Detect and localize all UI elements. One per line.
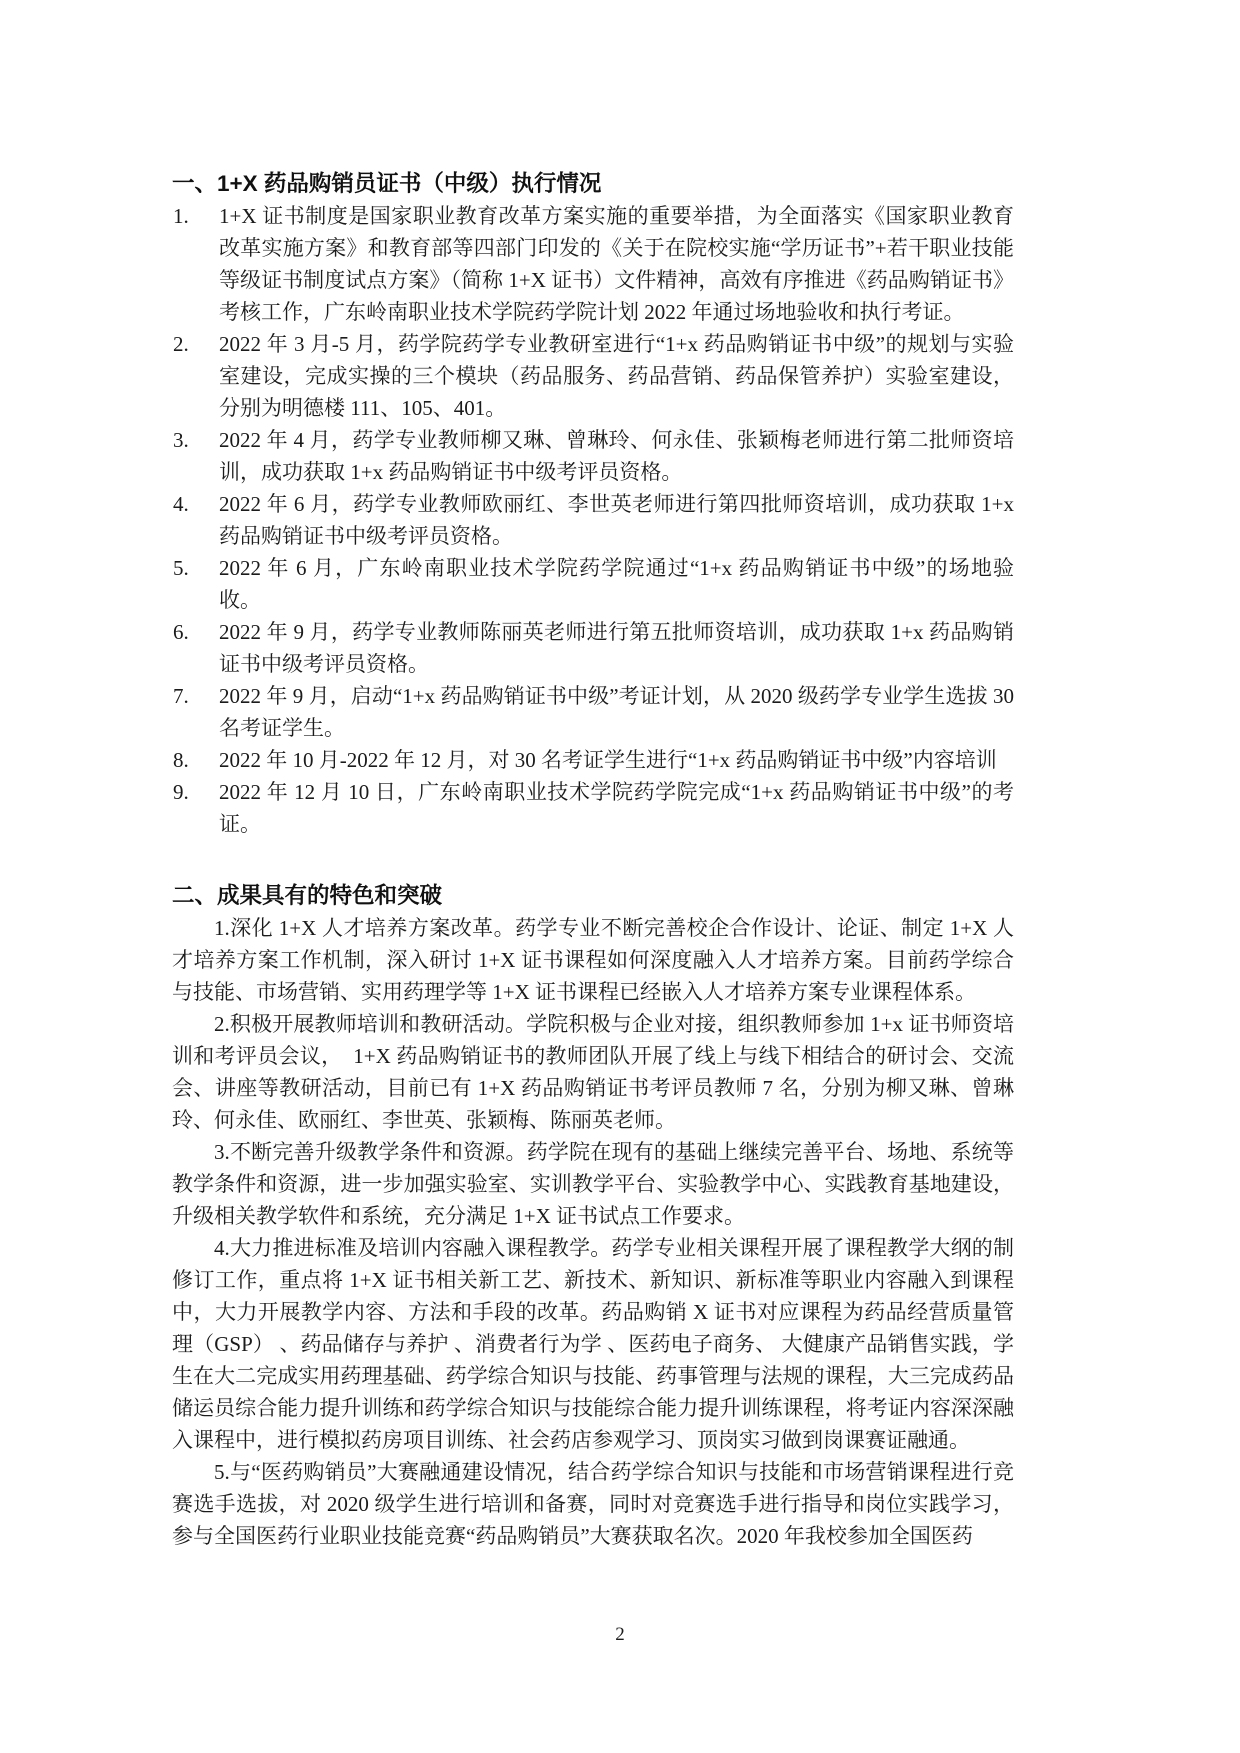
list-item: 9. 2022 年 12 月 10 日，广东岭南职业技术学院药学院完成“1+x … [172,776,1014,840]
section-2-paragraphs: 1.深化 1+X 人才培养方案改革。药学专业不断完善校企合作设计、论证、制定 1… [172,912,1014,1552]
list-item: 2. 2022 年 3 月-5 月，药学院药学专业教研室进行“1+x 药品购销证… [172,328,1014,424]
list-item-number: 3. [173,424,189,456]
list-item-number: 1. [173,200,189,232]
list-item-number: 6. [173,616,189,648]
list-item-text: 2022 年 4 月，药学专业教师柳又琳、曾琳玲、何永佳、张颖梅老师进行第二批师… [219,428,1014,484]
paragraph: 5.与“医药购销员”大赛融通建设情况，结合药学综合知识与技能和市场营销课程进行竞… [172,1456,1014,1552]
section-2: 二、成果具有的特色和突破 1.深化 1+X 人才培养方案改革。药学专业不断完善校… [172,880,1014,1552]
list-item-text: 2022 年 9 月，药学专业教师陈丽英老师进行第五批师资培训，成功获取 1+x… [219,620,1014,676]
list-item: 1. 1+X 证书制度是国家职业教育改革方案实施的重要举措，为全面落实《国家职业… [172,200,1014,328]
list-item-text: 2022 年 6 月，药学专业教师欧丽红、李世英老师进行第四批师资培训，成功获取… [219,492,1014,548]
list-item-text: 2022 年 10 月-2022 年 12 月，对 30 名考证学生进行“1+x… [219,748,997,772]
list-item-text: 2022 年 3 月-5 月，药学院药学专业教研室进行“1+x 药品购销证书中级… [219,332,1014,420]
page-number: 2 [0,1624,1240,1646]
list-item: 7. 2022 年 9 月，启动“1+x 药品购销证书中级”考证计划，从 202… [172,680,1014,744]
list-item: 6. 2022 年 9 月，药学专业教师陈丽英老师进行第五批师资培训，成功获取 … [172,616,1014,680]
list-item-number: 4. [173,488,189,520]
section-1: 一、1+X 药品购销员证书（中级）执行情况 1. 1+X 证书制度是国家职业教育… [172,168,1014,840]
numbered-list: 1. 1+X 证书制度是国家职业教育改革方案实施的重要举措，为全面落实《国家职业… [172,200,1014,840]
section-2-heading: 二、成果具有的特色和突破 [172,880,1014,912]
list-item-text: 1+X 证书制度是国家职业教育改革方案实施的重要举措，为全面落实《国家职业教育改… [219,204,1014,324]
list-item-number: 2. [173,328,189,360]
list-item-number: 8. [173,744,189,776]
list-item-number: 5. [173,552,189,584]
document-page: 一、1+X 药品购销员证书（中级）执行情况 1. 1+X 证书制度是国家职业教育… [0,0,1240,1753]
list-item: 3. 2022 年 4 月，药学专业教师柳又琳、曾琳玲、何永佳、张颖梅老师进行第… [172,424,1014,488]
list-item: 4. 2022 年 6 月，药学专业教师欧丽红、李世英老师进行第四批师资培训，成… [172,488,1014,552]
list-item-text: 2022 年 12 月 10 日，广东岭南职业技术学院药学院完成“1+x 药品购… [219,780,1014,836]
list-item-text: 2022 年 9 月，启动“1+x 药品购销证书中级”考证计划，从 2020 级… [219,684,1014,740]
list-item: 8. 2022 年 10 月-2022 年 12 月，对 30 名考证学生进行“… [172,744,1014,776]
paragraph: 3.不断完善升级教学条件和资源。药学院在现有的基础上继续完善平台、场地、系统等教… [172,1136,1014,1232]
section-1-heading: 一、1+X 药品购销员证书（中级）执行情况 [172,168,1014,200]
document-content: 一、1+X 药品购销员证书（中级）执行情况 1. 1+X 证书制度是国家职业教育… [172,168,1014,1552]
list-item: 5. 2022 年 6 月，广东岭南职业技术学院药学院通过“1+x 药品购销证书… [172,552,1014,616]
paragraph: 4.大力推进标准及培训内容融入课程教学。药学专业相关课程开展了课程教学大纲的制修… [172,1232,1014,1456]
list-item-number: 7. [173,680,189,712]
list-item-text: 2022 年 6 月，广东岭南职业技术学院药学院通过“1+x 药品购销证书中级”… [219,556,1014,612]
list-item-number: 9. [173,776,189,808]
paragraph: 2.积极开展教师培训和教研活动。学院积极与企业对接，组织教师参加 1+x 证书师… [172,1008,1014,1136]
paragraph: 1.深化 1+X 人才培养方案改革。药学专业不断完善校企合作设计、论证、制定 1… [172,912,1014,1008]
